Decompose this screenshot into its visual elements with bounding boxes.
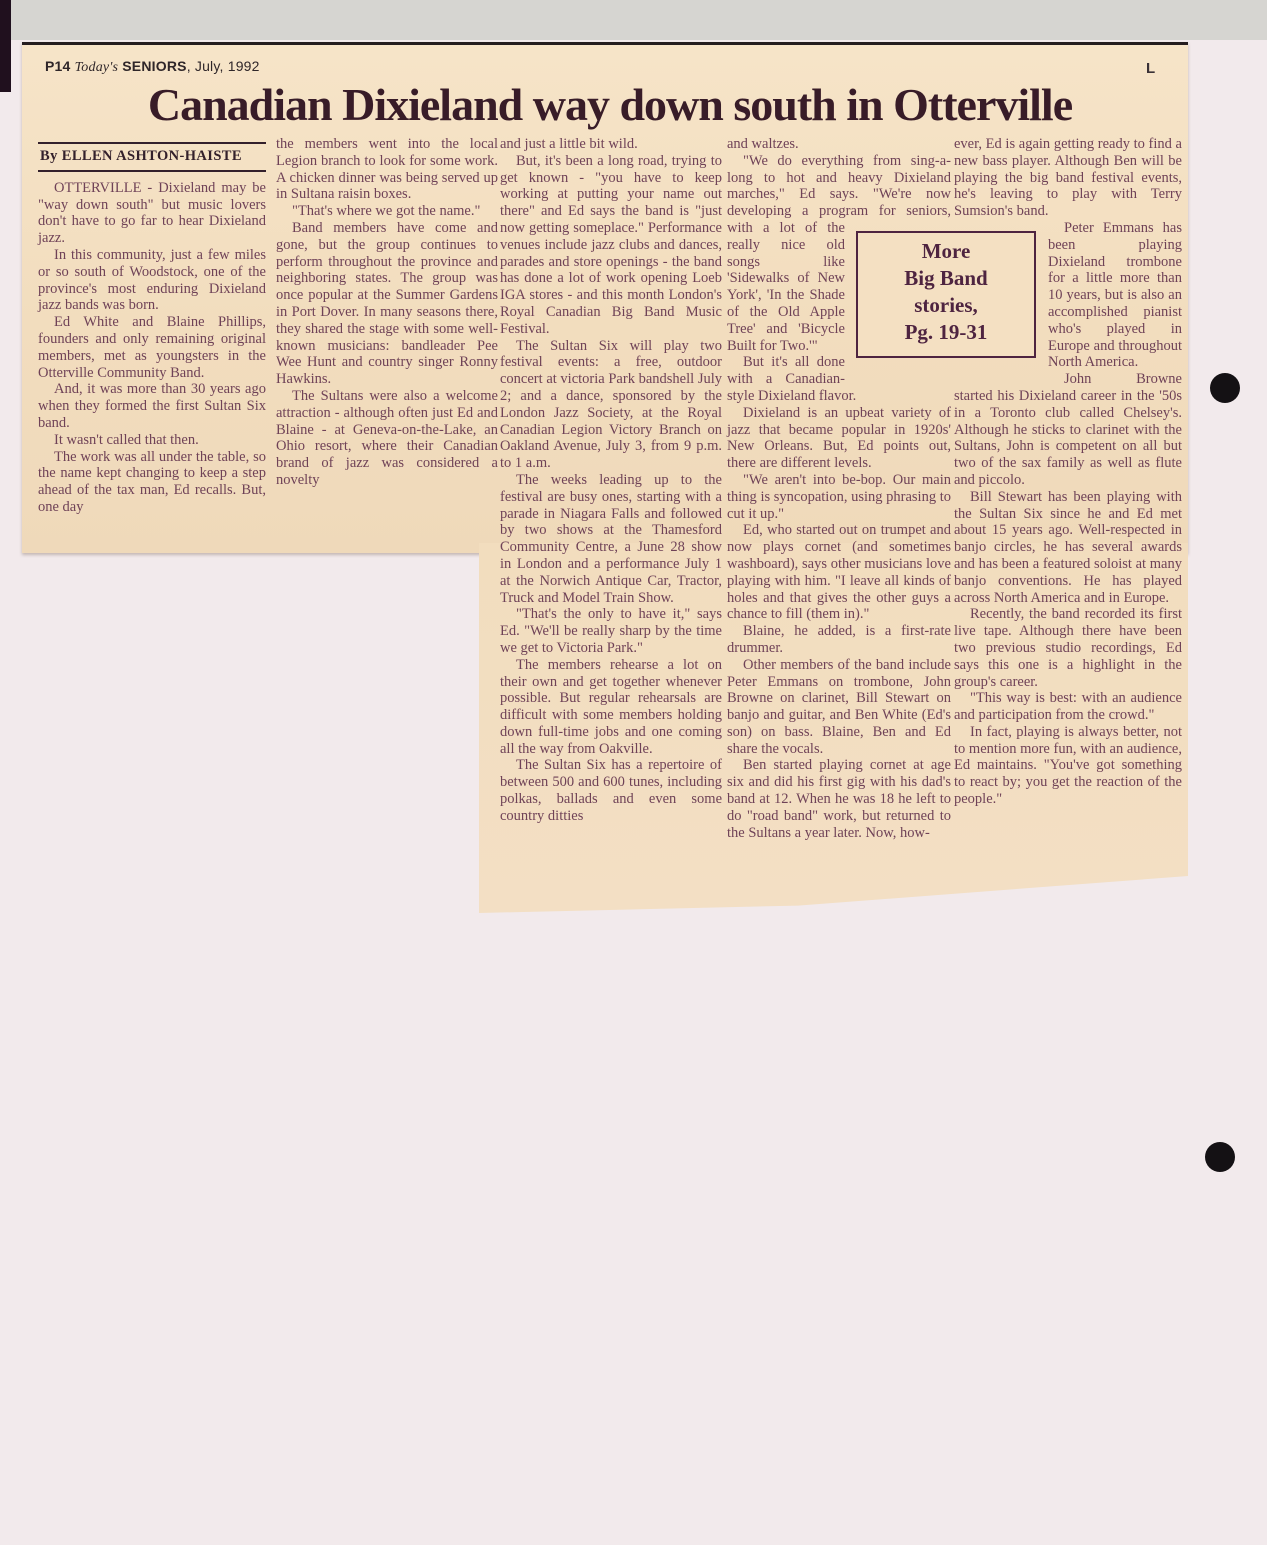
headline: Canadian Dixieland way down south in Ott…	[50, 78, 1170, 131]
paragraph: and just a little bit wild.	[500, 136, 722, 153]
paragraph: Blaine, he added, is a first-rate drumme…	[727, 623, 951, 657]
scan-edge-bar	[0, 0, 11, 92]
article-column-1: By ELLEN ASHTON-HAISTE OTTERVILLE - Dixi…	[38, 142, 266, 516]
page-number: P14	[45, 58, 71, 74]
paragraph: The Sultan Six has a repertoire of betwe…	[500, 757, 722, 824]
hole-punch	[1210, 373, 1240, 403]
promo-box-line: Big Band	[858, 265, 1034, 292]
paragraph: In fact, playing is always better, not t…	[954, 724, 1182, 808]
hole-punch	[1205, 1142, 1235, 1172]
paragraph-text: Peter Emmans has been playing Dixieland …	[1048, 220, 1182, 370]
paragraph: Ben started playing cornet at age six an…	[727, 757, 951, 841]
article-column-3: and just a little bit wild. But, it's be…	[500, 136, 722, 825]
scan-top-band	[0, 0, 1267, 40]
paragraph: Dixieland is an upbeat variety of jazz t…	[727, 405, 951, 472]
article-column-2: the members went into the local Legion b…	[276, 136, 498, 489]
paragraph: It wasn't called that then.	[38, 432, 266, 449]
paragraph: OTTERVILLE - Dixieland may be "way down …	[38, 180, 266, 247]
paragraph: The weeks leading up to the festival are…	[500, 472, 722, 606]
paragraph: Ed White and Blaine Phillips, founders a…	[38, 314, 266, 381]
paragraph: Bill Stewart has been playing with the S…	[954, 489, 1182, 607]
paragraph: The members rehearse a lot on their own …	[500, 657, 722, 758]
issue-date: , July, 1992	[187, 58, 260, 74]
paragraph: Recently, the band recorded its first li…	[954, 606, 1182, 690]
byline: By ELLEN ASHTON-HAISTE	[38, 142, 266, 172]
paragraph: "That's where we got the name."	[276, 203, 498, 220]
paragraph: the members went into the local Legion b…	[276, 136, 498, 203]
corner-letter: L	[1146, 60, 1155, 77]
paragraph: The Sultans were also a welcome attracti…	[276, 388, 498, 489]
paragraph: Other members of the band include Peter …	[727, 657, 951, 758]
promo-box-line: Pg. 19-31	[858, 319, 1034, 346]
promo-box-line: stories,	[858, 292, 1034, 319]
scanned-album-page: P14 Today's SENIORS, July, 1992 L Canadi…	[0, 0, 1267, 1545]
publication-name-italic: Today's	[75, 60, 119, 75]
paragraph: In this community, just a few miles or s…	[38, 247, 266, 314]
paragraph: Ed, who started out on trumpet and now p…	[727, 522, 951, 623]
paragraph: And, it was more than 30 years ago when …	[38, 381, 266, 431]
paragraph: "This way is best: with an audience and …	[954, 690, 1182, 724]
masthead: P14 Today's SENIORS, July, 1992	[45, 58, 645, 76]
paragraph: But, it's been a long road, trying to ge…	[500, 153, 722, 338]
paragraph: ever, Ed is again getting ready to find …	[954, 136, 1182, 220]
promo-box: More Big Band stories, Pg. 19-31	[856, 231, 1036, 358]
paragraph: Band members have come and gone, but the…	[276, 220, 498, 388]
paragraph: and waltzes.	[727, 136, 951, 153]
paragraph: The work was all under the table, so the…	[38, 449, 266, 516]
paragraph: The Sultan Six will play two festival ev…	[500, 338, 722, 472]
promo-box-line: More	[858, 238, 1034, 265]
paragraph: John Browne started his Dixieland career…	[954, 371, 1182, 489]
paragraph: "We aren't into be-bop. Our main thing i…	[727, 472, 951, 522]
paragraph: "That's the only to have it," says Ed. "…	[500, 606, 722, 656]
publication-name-bold: SENIORS	[122, 58, 186, 74]
